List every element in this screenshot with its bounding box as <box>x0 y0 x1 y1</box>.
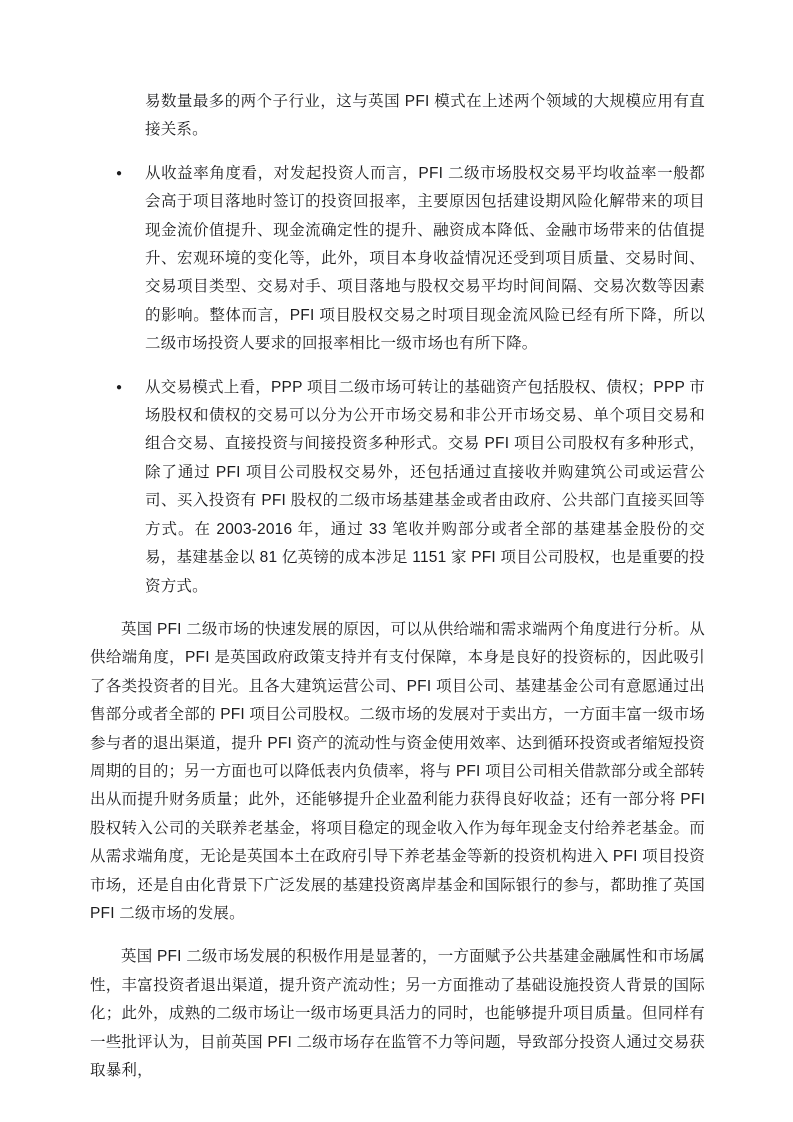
bullet-text: 从交易模式上看，PPP 项目二级市场可转让的基础资产包括股权、债权；PPP 市场… <box>145 374 705 601</box>
document-page: 易数量最多的两个子行业，这与英国 PFI 模式在上述两个领域的大规模应用有直接关… <box>0 0 793 1122</box>
body-paragraph: 英国 PFI 二级市场的快速发展的原因，可以从供给端和需求端两个角度进行分析。从… <box>90 616 705 928</box>
bullet-item: ● 从交易模式上看，PPP 项目二级市场可转让的基础资产包括股权、债权；PPP … <box>90 374 705 601</box>
bullet-item: ● 从收益率角度看，对发起投资人而言，PFI 二级市场股权交易平均收益率一般都会… <box>90 160 705 359</box>
bullet-icon: ● <box>116 160 171 188</box>
page-content: 易数量最多的两个子行业，这与英国 PFI 模式在上述两个领域的大规模应用有直接关… <box>0 0 793 1085</box>
bullet-icon: ● <box>116 374 171 402</box>
body-paragraph: 英国 PFI 二级市场发展的积极作用是显著的，一方面赋予公共基建金融属性和市场属… <box>90 943 705 1085</box>
bullet-continuation-paragraph: 易数量最多的两个子行业，这与英国 PFI 模式在上述两个领域的大规模应用有直接关… <box>145 88 705 145</box>
bullet-text: 从收益率角度看，对发起投资人而言，PFI 二级市场股权交易平均收益率一般都会高于… <box>145 160 705 359</box>
